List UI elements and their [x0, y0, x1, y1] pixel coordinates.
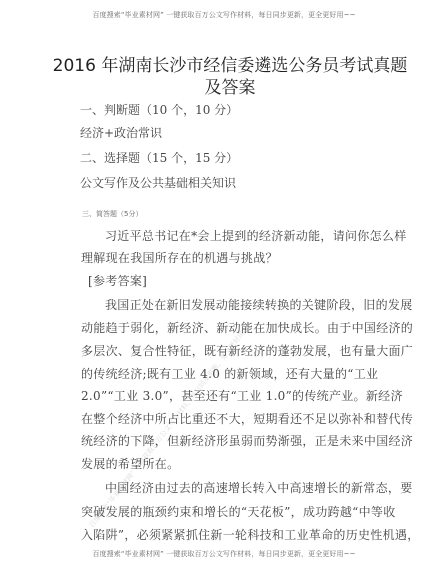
paragraph-line: 在整个经济中所占比重还不大，短期看还不足以弥补和替代传 [81, 411, 381, 427]
section-1-heading: 一、判断题（10 个，10 分） [80, 102, 238, 118]
section-2-heading: 二、选择题（15 个，15 分） [80, 150, 238, 166]
title-line-2: 及答案 [30, 77, 430, 99]
section-1-content: 经济+政治常识 [80, 125, 162, 141]
paragraph-line: 中国经济由过去的高速增长转入中高速增长的新常态，要 [105, 480, 405, 496]
page-header-ad: 百度搜索“毕业素材网” 一键获取百万公文写作材料，每日同步更新，更全更好用~~ [0, 10, 448, 20]
paragraph-line: 的传统经济;既有工业 4.0 的新领域，还有大量的“工业 [81, 366, 381, 382]
paragraph-line: 动能趋于弱化，新经济、新动能在加快成长。由于中国经济的 [81, 320, 381, 336]
paragraph-line: 统经济的下降，但新经济形虽弱而势渐强，正是未来中国经济 [81, 433, 381, 449]
section-3-heading: 三、简答题（5分） [82, 206, 142, 222]
title-line-1: 2016 年湖南长沙市经信委遴选公务员考试真题 [30, 55, 430, 77]
document-title: 2016 年湖南长沙市经信委遴选公务员考试真题 及答案 [30, 55, 430, 99]
paragraph-line: 2.0”“工业 3.0”，甚至还有“工业 1.0”的传统产业。新经济 [81, 388, 381, 404]
section-2-content: 公文写作及公共基础相关知识 [80, 175, 236, 191]
question-line: 理解现在我国所存在的机遇与挑战？ [81, 250, 381, 266]
paragraph-line: 我国正处在新旧发展动能接续转换的关键阶段，旧的发展 [105, 297, 405, 313]
paragraph-line: 多层次、复合性特征，既有新经济的蓬勃发展，也有量大面广 [81, 343, 381, 359]
paragraph-line: 发展的希望所在。 [81, 456, 381, 472]
paragraph-line: 突破发展的瓶颈约束和增长的“天花板”，成功跨越“中等收 [81, 504, 381, 520]
page-footer-ad: 百度搜索“毕业素材网” 一键获取百万公文写作材料，每日同步更新，更全更好用~~ [0, 549, 448, 559]
question-line: 习近平总书记在*会上提到的经济新动能，请问你怎么样 [105, 228, 405, 244]
paragraph-line: 入陷阱”，必须紧紧抓住新一轮科技和工业革命的历史性机遇， [81, 527, 381, 543]
answer-label: [参考答案] [88, 273, 388, 289]
